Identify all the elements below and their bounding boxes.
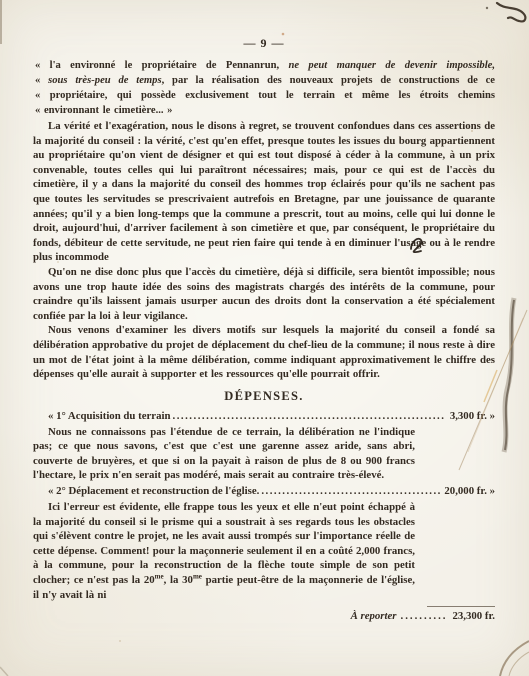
paragraph-quon-ne-dise: Qu'on ne dise donc plus que l'accès du c… [33, 265, 495, 323]
speck [486, 7, 488, 9]
total-rule [427, 606, 495, 607]
crease-shadow [504, 298, 514, 452]
quote-line: « environnant le cimetière... » [35, 103, 495, 118]
crease-line [505, 300, 514, 450]
dot-leader: .......... [401, 609, 448, 624]
expense-2-label: « 2° Déplacement et reconstruction de l'… [48, 484, 259, 499]
expense-line-2: « 2° Déplacement et reconstruction de l'… [33, 484, 495, 499]
expense-1-commentary: Nous ne connaissons pas l'étendue de ce … [33, 425, 415, 483]
expense-1-amount: 3,300 fr. » [450, 409, 495, 424]
dot-leader: ........................................… [173, 409, 446, 424]
speck [119, 640, 121, 642]
corner-stain [497, 3, 525, 21]
quote-text: « l'a environné le propriétaire de Penna… [35, 60, 288, 71]
expense-2-commentary: Ici l'erreur est évidente, elle frappe t… [33, 500, 415, 602]
page-number: — 9 — [33, 36, 495, 51]
expense-line-1: « 1° Acquisition du terrain ............… [33, 409, 495, 424]
quote-text: « environnant le cimetière... » [35, 105, 172, 116]
paragraph-verite: La vérité et l'exagération, nous le diso… [33, 119, 495, 265]
expense-2-amount: 20,000 fr. » [444, 484, 495, 499]
page-curl-echo [509, 652, 529, 676]
expenses-heading: DÉPENSES. [33, 389, 495, 404]
page-curl [500, 641, 529, 676]
bottom-left-edge [0, 667, 8, 676]
paragraph-nous-venons: Nous venons d'examiner les divers motifs… [33, 323, 495, 381]
quote-text-italic: sous très-peu de temps [48, 75, 161, 86]
scanned-document-page: — 9 — « l'a environné le propriétaire de… [0, 0, 529, 676]
speck [282, 33, 285, 36]
carry-forward-label: À reporter [351, 609, 397, 624]
dot-leader: ........................................… [261, 484, 440, 499]
quote-text: « propriétaire, qui possède exclusivemen… [35, 90, 495, 101]
commentary-text: , la 30 [164, 574, 193, 586]
ordinal-superscript: me [155, 572, 164, 580]
quote-line: « sous très-peu de temps, par la réalisa… [35, 73, 495, 88]
ordinal-superscript: me [193, 572, 202, 580]
expense-1-label: « 1° Acquisition du terrain [48, 409, 171, 424]
carry-forward-amount: 23,300 fr. [453, 609, 496, 624]
quote-line: « propriétaire, qui possède exclusivemen… [35, 88, 495, 103]
quote-text: , par la réalisation des nouveaux projet… [162, 75, 495, 86]
quote-line: « l'a environné le propriétaire de Penna… [35, 58, 495, 73]
quote-text-italic: ne peut manquer de devenir impossible, [288, 60, 495, 71]
quoted-paragraph: « l'a environné le propriétaire de Penna… [35, 58, 495, 118]
quote-text: « [35, 75, 48, 86]
carry-forward-line: À reporter .......... 23,300 fr. [33, 609, 495, 624]
